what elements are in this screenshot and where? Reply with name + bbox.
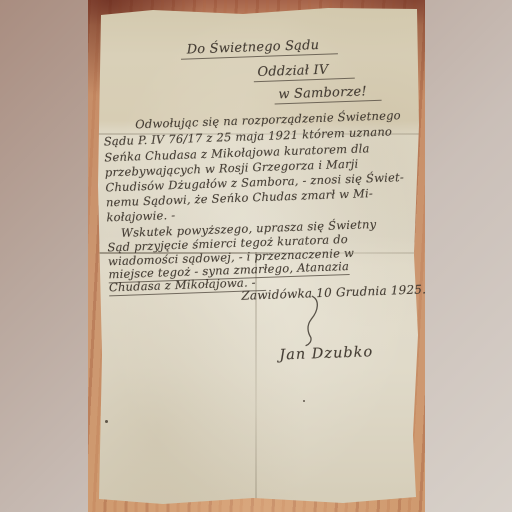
signature: Jan Dzubko [279, 344, 373, 363]
handwriting-layer: Do Świetnego Sądu Oddział IV w Samborze!… [79, 0, 434, 512]
body-line: kołajowie. - [106, 208, 175, 224]
dateline: Zawidówka 10 Grudnia 1925. [241, 282, 426, 302]
heading-city: w Samborze! [274, 84, 381, 105]
heading-department: Oddział IV [253, 62, 354, 83]
pen-flourish [297, 294, 325, 347]
photo-of-document: { "colors": { "backdrop_top": "#a98d80",… [0, 0, 512, 512]
heading-addressee: Do Świetnego Sądu [180, 37, 337, 59]
document-photo: Do Świetnego Sądu Oddział IV w Samborze!… [88, 0, 425, 512]
